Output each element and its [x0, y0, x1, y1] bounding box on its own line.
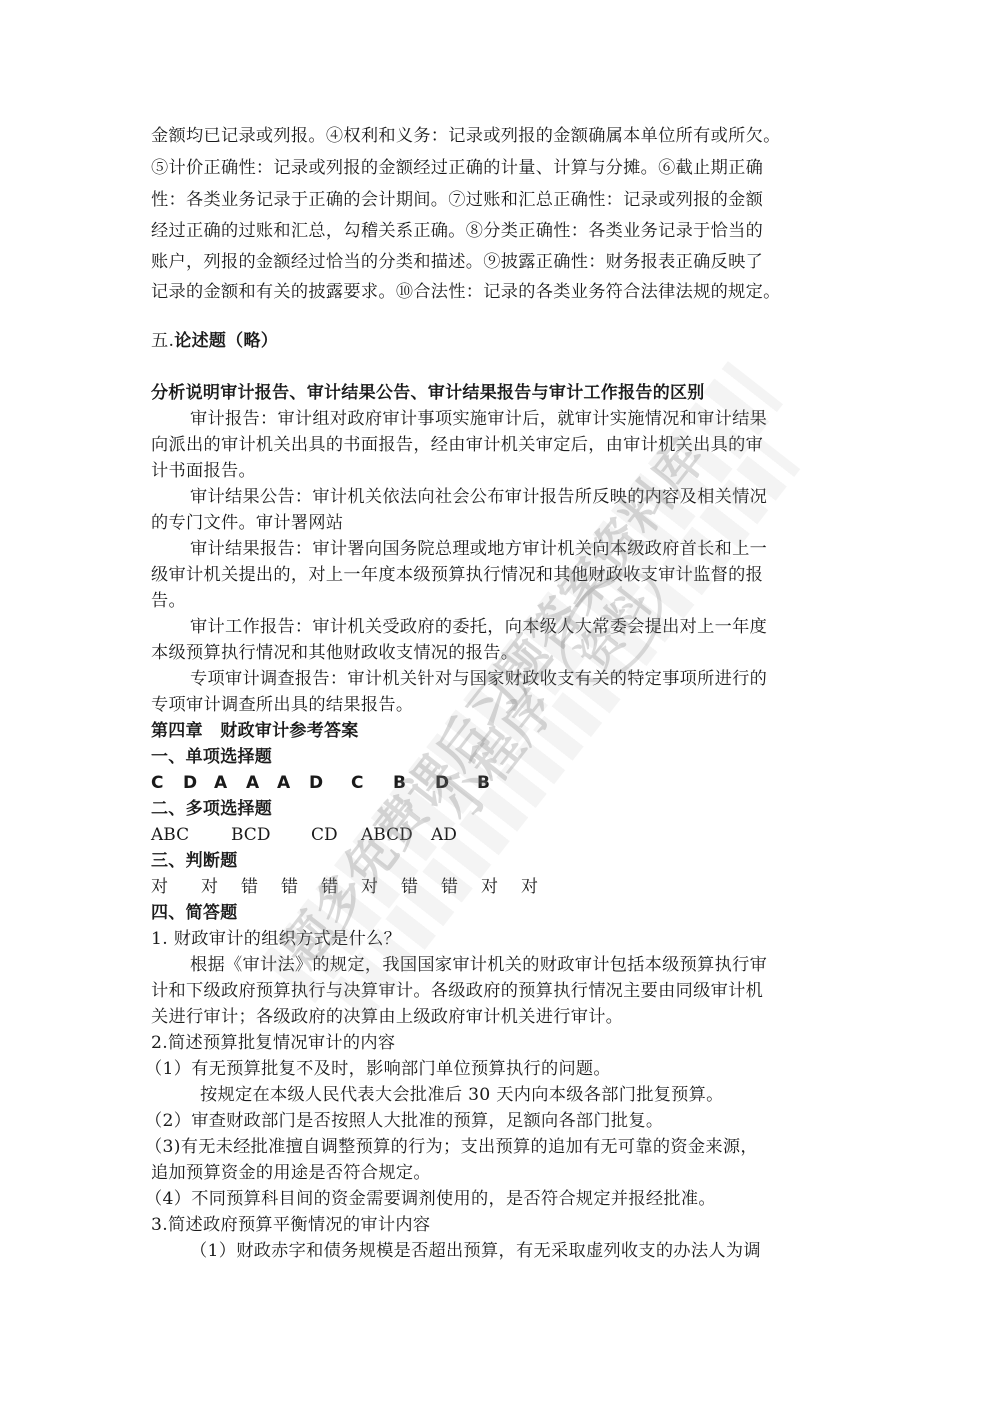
analysis-title: 分析说明审计报告、审计结果公告、审计结果报告与审计工作报告的区别: [151, 381, 705, 405]
document-page: 金额均已记录或列报。④权利和义务：记录或列报的金额确属本单位所有或所欠。 ⑤计价…: [0, 0, 993, 1404]
answer-line: 根据《审计法》的规定，我国国家审计机关的财政审计包括本级预算执行审: [190, 953, 767, 977]
answer: ABCD: [361, 823, 413, 847]
answer: 错: [321, 875, 338, 899]
section-5-heading: 五.论述题（略）: [151, 329, 278, 353]
paragraph-line: 审计报告：审计组对政府审计事项实施审计后，就审计实施情况和审计结果: [190, 407, 767, 431]
answer: AD: [431, 823, 457, 847]
answer-item: （1）有无预算批复不及时，影响部门单位预算执行的问题。: [145, 1057, 611, 1081]
chapter-title: 第四章 财政审计参考答案: [151, 719, 359, 743]
answer-item: 按规定在本级人民代表大会批准后 30 天内向本级各部门批复预算。: [200, 1083, 724, 1107]
continuation-line: ⑤计价正确性：记录或列报的金额经过正确的计量、计算与分摊。⑥截止期正确: [151, 156, 763, 180]
answer: CD: [311, 823, 338, 847]
continuation-line: 性：各类业务记录于正确的会计期间。⑦过账和汇总正确性：记录或列报的金额: [151, 188, 763, 212]
continuation-line: 记录的金额和有关的披露要求。⑩合法性：记录的各类业务符合法律法规的规定。: [151, 280, 781, 304]
answer-item: 追加预算资金的用途是否符合规定。: [151, 1161, 431, 1185]
watermark-text: 小程序: [420, 672, 569, 835]
question-3: 3.简述政府预算平衡情况的审计内容: [151, 1213, 430, 1237]
continuation-line: 金额均已记录或列报。④权利和义务：记录或列报的金额确属本单位所有或所欠。: [151, 124, 781, 148]
answer: C: [351, 771, 363, 795]
paragraph-line: 专项审计调查所出具的结果报告。: [151, 693, 413, 717]
answer-item: （2）审查财政部门是否按照人大批准的预算，足额向各部门批复。: [145, 1109, 663, 1133]
paragraph-line: 审计工作报告：审计机关受政府的委托，向本级人大常委会提出对上一年度: [190, 615, 767, 639]
answer: ABC: [151, 823, 189, 847]
answer: 对: [361, 875, 378, 899]
answer: A: [214, 771, 227, 795]
multiple-choice-answers: ABC BCD CD ABCD AD: [151, 823, 551, 847]
section-5-number: 五.: [151, 331, 174, 351]
answer: D: [435, 771, 449, 795]
answer: A: [246, 771, 259, 795]
question-2: 2.简述预算批复情况审计的内容: [151, 1031, 395, 1055]
continuation-line: 账户，列报的金额经过恰当的分类和描述。⑨披露正确性：财务报表正确反映了: [151, 250, 763, 274]
answer: B: [393, 771, 406, 795]
answer-line: 关进行审计；各级政府的决算由上级政府审计机关进行审计。: [151, 1005, 623, 1029]
paragraph-line: 级审计机关提出的，对上一年度本级预算执行情况和其他财政收支审计监督的报: [151, 563, 763, 587]
answer: 错: [441, 875, 458, 899]
answer: A: [277, 771, 290, 795]
answer: D: [309, 771, 323, 795]
single-choice-heading: 一、单项选择题: [151, 745, 272, 769]
answer: 对: [481, 875, 498, 899]
answer: B: [477, 771, 490, 795]
paragraph-line: 本级预算执行情况和其他财政收支情况的报告。: [151, 641, 518, 665]
paragraph-line: 向派出的审计机关出具的书面报告，经由审计机关审定后，由审计机关出具的审: [151, 433, 763, 457]
answer-item: （4）不同预算科目间的资金需要调剂使用的，是否符合规定并报经批准。: [145, 1187, 716, 1211]
paragraph-line: 审计结果公告：审计机关依法向社会公布审计报告所反映的内容及相关情况: [190, 485, 767, 509]
answer-line: 计和下级政府预算执行与决算审计。各级政府的预算执行情况主要由同级审计机: [151, 979, 763, 1003]
answer: 错: [401, 875, 418, 899]
continuation-line: 经过正确的过账和汇总，勾稽关系正确。⑧分类正确性：各类业务记录于恰当的: [151, 219, 763, 243]
answer: 对: [521, 875, 538, 899]
section-5-title: 论述题（略）: [174, 331, 278, 351]
answer: 错: [241, 875, 258, 899]
paragraph-line: 告。: [151, 589, 186, 613]
multiple-choice-heading: 二、多项选择题: [151, 797, 272, 821]
answer: 对: [201, 875, 218, 899]
answer: 对: [151, 875, 168, 899]
true-false-heading: 三、判断题: [151, 849, 238, 873]
answer-item: （1）财政赤字和债务规模是否超出预算，有无采取虚列收支的办法人为调: [190, 1239, 761, 1263]
answer-item: （3)有无未经批准擅自调整预算的行为；支出预算的追加有无可靠的资金来源，: [145, 1135, 758, 1159]
question-1: 1. 财政审计的组织方式是什么？: [151, 927, 401, 951]
paragraph-line: 计书面报告。: [151, 459, 256, 483]
true-false-answers: 对 对 错 错 错 对 错 错 对 对: [151, 875, 571, 899]
paragraph-line: 的专门文件。审计署网站: [151, 511, 343, 535]
single-choice-answers: C D A A A D C B D B: [151, 771, 551, 795]
answer: D: [183, 771, 197, 795]
paragraph-line: 专项审计调查报告：审计机关针对与国家财政收支有关的特定事项所进行的: [190, 667, 767, 691]
answer: 错: [281, 875, 298, 899]
answer: BCD: [231, 823, 270, 847]
paragraph-line: 审计结果报告：审计署向国务院总理或地方审计机关向本级政府首长和上一: [190, 537, 767, 561]
short-answer-heading: 四、简答题: [151, 901, 238, 925]
answer: C: [151, 771, 163, 795]
